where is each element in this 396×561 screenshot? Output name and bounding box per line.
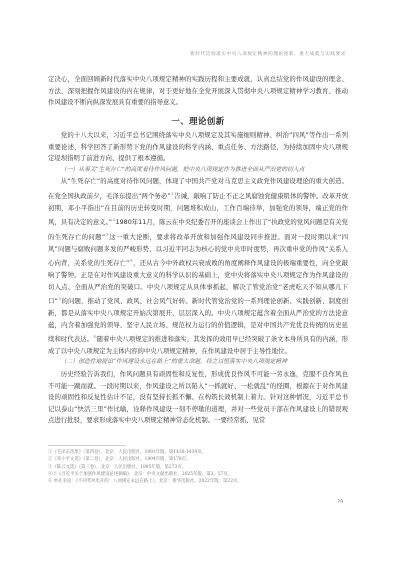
subsection-heading-2: （二）创造性地提出“作风建设永远在路上”的重大命题，持之以恒落实中央八项规定精神: [48, 357, 348, 369]
subsection-heading-1: （一）从事关“生死存亡”的高度看待作风问题，把中央八项规定作为推进全面从严治党的…: [48, 165, 348, 177]
footnote-3: ③《陈云文选》（第三卷），北京：人民出版社，1995年版，第273页。: [48, 464, 348, 471]
footnotes: ①《毛泽东选集》（第四卷），北京：人民出版社，1991年版，第1438-1439…: [48, 449, 348, 485]
running-head: 新时代贯彻落实中央八项规定精神的理论创新、重大成就与实践要求: [190, 51, 346, 57]
section-title: 一、理论创新: [0, 115, 396, 127]
subsection-paragraph-2: 历史经验告诉我们，作风问题具有顽固性和反复性，形成优良作风不可能一劳永逸，克服不…: [48, 369, 348, 427]
footnote-separator: [48, 445, 126, 446]
intro-paragraph: 定决心，全面回顾新时代落实中央八项规定精神的实践历程和主要成就，认真总结党的作风…: [48, 74, 348, 109]
intro-text: 定决心，全面回顾新时代落实中央八项规定精神的实践历程和主要成就，认真总结党的作风…: [48, 74, 348, 109]
section-body: 党的十八大以来，习近平总书记围绕落实中央八项规定及其实施细则精神、纠治“四风”等…: [48, 130, 348, 427]
document-page: 新时代贯彻落实中央八项规定精神的理论创新、重大成就与实践要求 定决心，全面回顾新…: [0, 0, 396, 561]
lead-paragraph: 党的十八大以来，习近平总书记围绕落实中央八项规定及其实施细则精神、纠治“四风”等…: [48, 130, 348, 165]
footnote-1: ①《毛泽东选集》（第四卷），北京：人民出版社，1991年版，第1438-1439…: [48, 449, 348, 456]
footnote-2: ②《邓小平文选》（第二卷），北京：人民出版社，1994年版，第178页。: [48, 456, 348, 463]
subsection-paragraph-1: 从“生死存亡”的高度对待作风问题，体现了中国共产党对马克思主义政党作风建设理论的…: [48, 176, 348, 357]
footnote-6: ⑥ 单孔争论：《不回考风电开的：八项规定永远在路上》，北京：新华出版社，2022…: [48, 478, 348, 485]
footnote-4-5: ④⑤《习近平关于加强作风建设论述摘编》，北京：中央文献出版社，2025年版，第3…: [48, 471, 348, 478]
page-number: 79: [337, 499, 343, 505]
